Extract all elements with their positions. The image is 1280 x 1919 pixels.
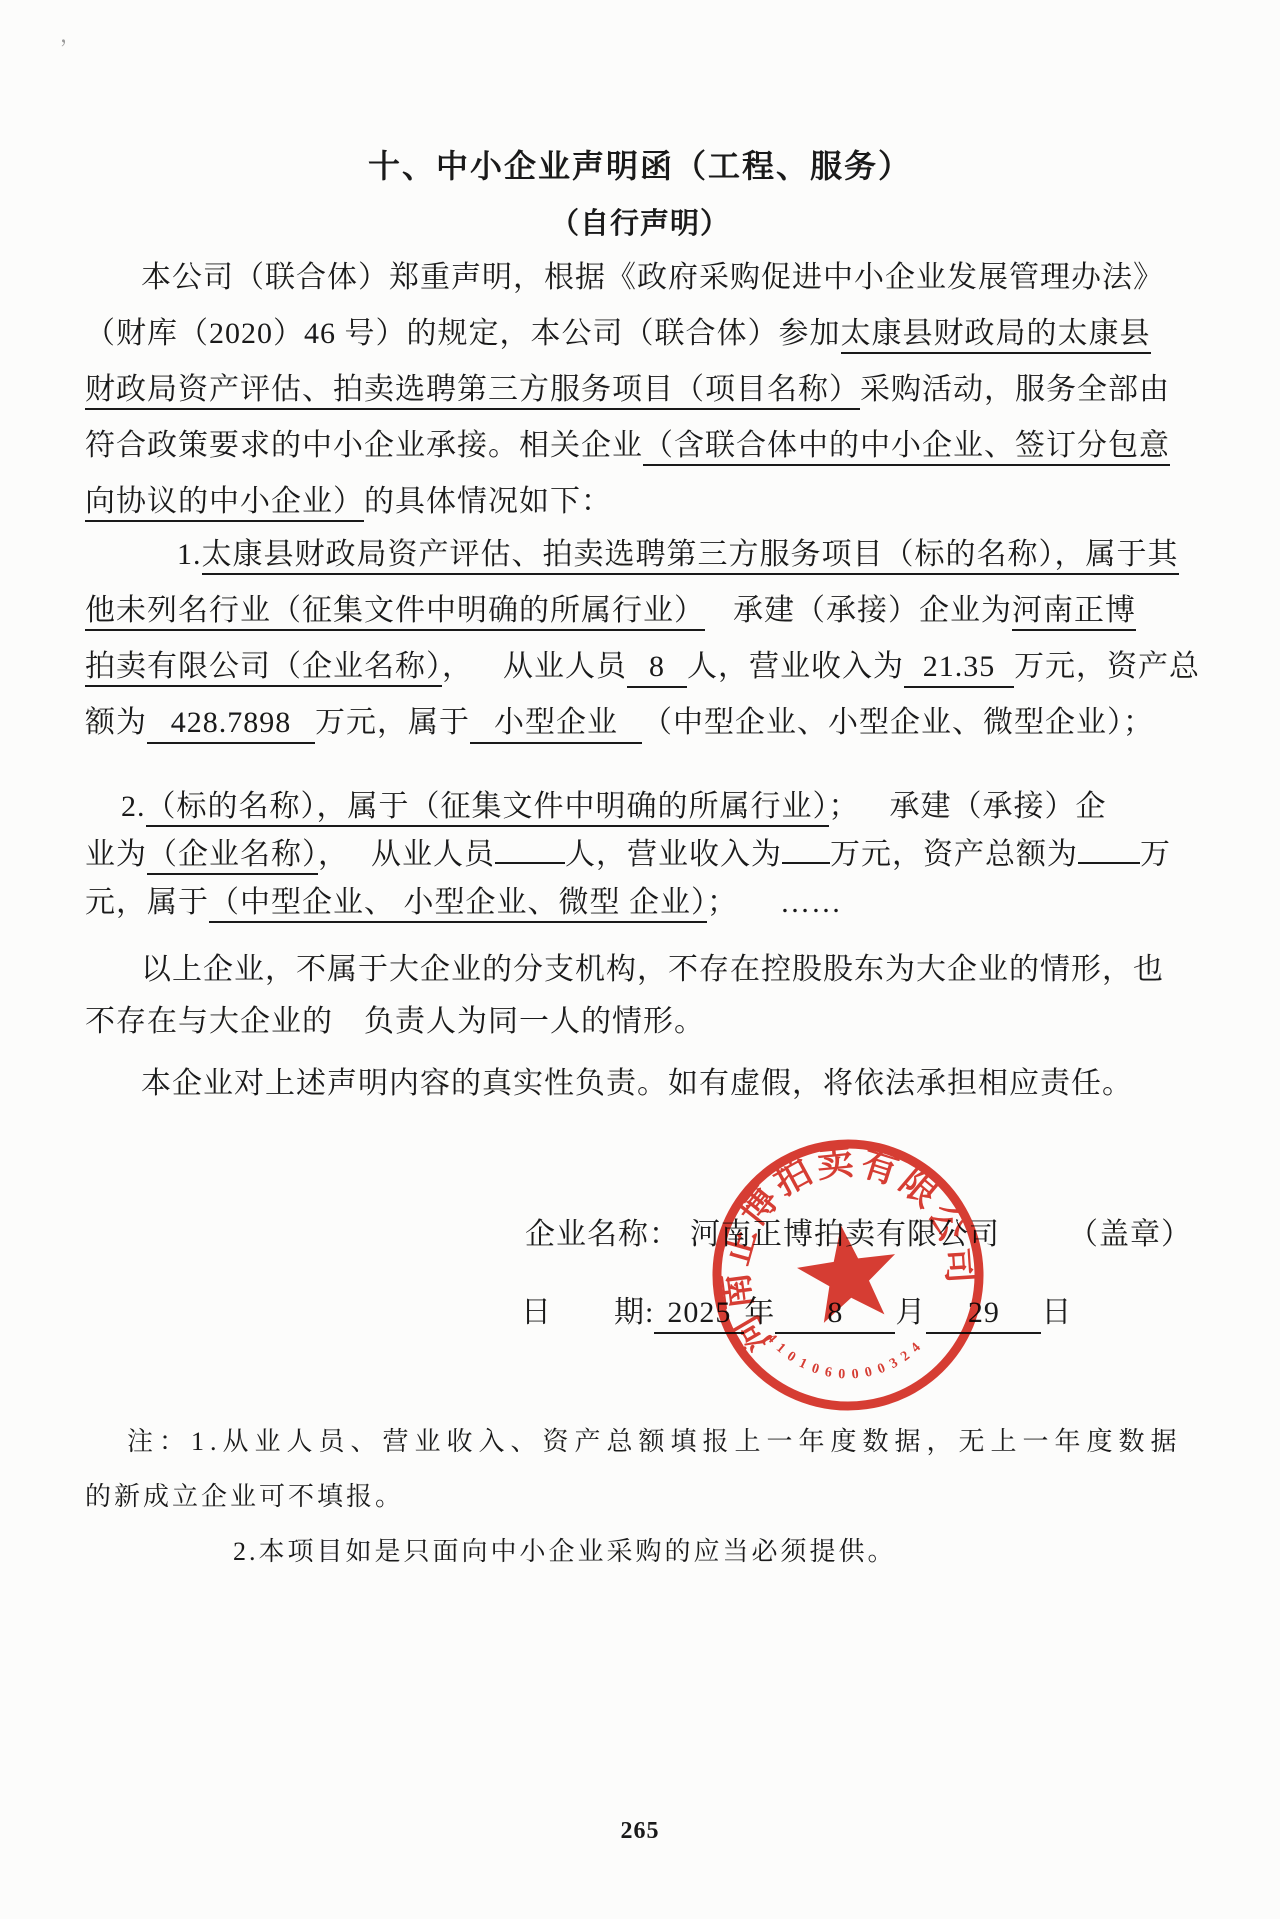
assets-field: 428.7898 bbox=[147, 706, 315, 744]
year-unit: 年 bbox=[744, 1296, 775, 1329]
paragraph-line: 财政局资产评估、拍卖选聘第三方服务项目（项目名称）采购活动，服务全部由 bbox=[85, 362, 1225, 418]
declaration-paragraph: 本公司（联合体）郑重声明，根据《政府采购促进中小企业发展管理办法》 （财库（20… bbox=[85, 250, 1225, 530]
note-line-3: 2.本项目如是只面向中小企业采购的应当必须提供。 bbox=[85, 1524, 1225, 1579]
page-number: 265 bbox=[0, 1818, 1280, 1845]
date-year-field: 2025 bbox=[654, 1296, 744, 1334]
blank-assets-field bbox=[1078, 860, 1140, 864]
date-month-field: 8 bbox=[775, 1296, 895, 1334]
note-line-1: 注：1.从业人员、营业收入、资产总额填报上一年度数据，无上一年度数据 bbox=[85, 1414, 1225, 1469]
day-unit: 日 bbox=[1041, 1296, 1072, 1329]
blank-revenue-field bbox=[782, 860, 830, 864]
employees-field: 8 bbox=[627, 650, 687, 688]
paragraph-line: 拍卖有限公司（企业名称），从业人员8人，营业收入为21.35万元，资产总 bbox=[85, 639, 1225, 695]
paragraph-line: 本企业对上述声明内容的真实性负责。如有虚假，将依法承担相应责任。 bbox=[85, 1058, 1225, 1110]
paragraph-line: 业为（企业名称），从业人员人，营业收入为万元，资产总额为万 bbox=[85, 831, 1225, 879]
scan-artifact: ， bbox=[60, 18, 82, 49]
blank-employees-field bbox=[495, 860, 565, 864]
date-label-period-char: 期: bbox=[614, 1296, 654, 1329]
enterprise-item-2: 2.（标的名称），属于（征集文件中明确的所属行业）；承建（承接）企 业为（企业名… bbox=[85, 783, 1225, 927]
date-day-field: 29 bbox=[926, 1296, 1041, 1334]
subject-name-underlined: 太康县财政局资产评估、拍卖选聘第三方服务项目（标的名称），属于其 bbox=[202, 538, 1179, 575]
signature-company-line: 企业名称：河南正博拍卖有限公司（盖章） bbox=[85, 1209, 1225, 1261]
no-large-enterprise-paragraph: 以上企业，不属于大企业的分支机构，不存在控股股东为大企业的情形，也 不存在与大企… bbox=[85, 944, 1225, 1048]
footnotes: 注：1.从业人员、营业收入、资产总额填报上一年度数据，无上一年度数据 的新成立企… bbox=[85, 1414, 1225, 1579]
company-name-underlined: 河南正博 bbox=[1012, 594, 1136, 631]
company-name-value: 河南正博拍卖有限公司 bbox=[690, 1218, 1000, 1251]
paragraph-line: 本公司（联合体）郑重声明，根据《政府采购促进中小企业发展管理办法》 bbox=[85, 250, 1225, 306]
truthfulness-paragraph: 本企业对上述声明内容的真实性负责。如有虚假，将依法承担相应责任。 bbox=[85, 1058, 1225, 1110]
purchaser-name-underlined: 太康县财政局的太康县 bbox=[841, 317, 1151, 354]
document-title: 十、中小企业声明函（工程、服务） bbox=[0, 146, 1280, 186]
signature-date-line: 日期:2025年8月29日 bbox=[85, 1287, 1225, 1339]
paragraph-line: 元，属于（中型企业、 小型企业、微型 企业）；…… bbox=[85, 879, 1225, 927]
paragraph-line: 向协议的中小企业）的具体情况如下： bbox=[85, 474, 1225, 530]
paragraph-line: 2.（标的名称），属于（征集文件中明确的所属行业）；承建（承接）企 bbox=[85, 783, 1225, 831]
enterprise-item-1: 1.太康县财政局资产评估、拍卖选聘第三方服务项目（标的名称），属于其 他未列名行… bbox=[85, 527, 1225, 751]
document-page: ， 十、中小企业声明函（工程、服务） （自行声明） 本公司（联合体）郑重声明，根… bbox=[0, 0, 1280, 1919]
paragraph-line: 他未列名行业（征集文件中明确的所属行业）承建（承接）企业为河南正博 bbox=[85, 583, 1225, 639]
paragraph-line: 1.太康县财政局资产评估、拍卖选聘第三方服务项目（标的名称），属于其 bbox=[85, 527, 1225, 583]
paragraph-line: 不存在与大企业的 负责人为同一人的情形。 bbox=[85, 996, 1225, 1048]
item-number: 1. bbox=[177, 538, 202, 571]
month-unit: 月 bbox=[895, 1296, 926, 1329]
enterprise-type-field: 小型企业 bbox=[470, 706, 642, 744]
paragraph-line: 日期:2025年8月29日 bbox=[85, 1287, 1225, 1339]
seal-ring bbox=[700, 1127, 996, 1423]
date-label-day-char: 日 bbox=[521, 1296, 552, 1329]
industry-underlined: 他未列名行业（征集文件中明确的所属行业） bbox=[85, 594, 705, 631]
document-subtitle: （自行声明） bbox=[0, 204, 1280, 244]
paragraph-line: 符合政策要求的中小企业承接。相关企业（含联合体中的中小企业、签订分包意 bbox=[85, 418, 1225, 474]
seal-hint: （盖章） bbox=[1068, 1218, 1192, 1251]
paragraph-line: （财库（2020）46 号）的规定，本公司（联合体）参加太康县财政局的太康县 bbox=[85, 306, 1225, 362]
paragraph-line: 额为428.7898万元，属于小型企业（中型企业、小型企业、微型企业）； bbox=[85, 695, 1225, 751]
company-name-label: 企业名称： bbox=[525, 1209, 680, 1261]
note-line-2: 的新成立企业可不填报。 bbox=[85, 1469, 1225, 1524]
paragraph-line: 企业名称：河南正博拍卖有限公司（盖章） bbox=[85, 1209, 1225, 1261]
item-number: 2. bbox=[121, 790, 146, 823]
paragraph-line: 以上企业，不属于大企业的分支机构，不存在控股股东为大企业的情形，也 bbox=[85, 944, 1225, 996]
revenue-field: 21.35 bbox=[904, 650, 1014, 688]
project-name-underlined: 财政局资产评估、拍卖选聘第三方服务项目（项目名称） bbox=[85, 373, 860, 410]
company-seal-stamp: 河南正博拍卖有限公司 4101060000324 bbox=[679, 1106, 1018, 1445]
